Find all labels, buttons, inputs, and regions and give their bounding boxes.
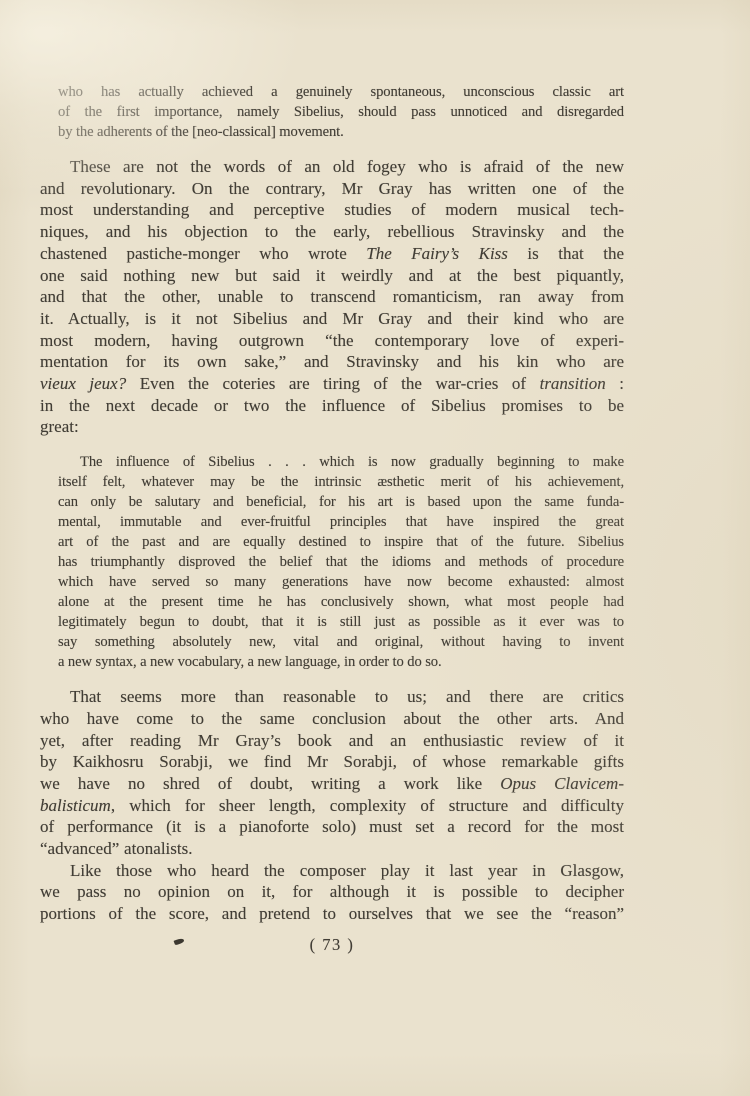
text-line: most understanding and perceptive studie… — [40, 199, 624, 221]
text-line: one said nothing new but said it weirdly… — [40, 265, 624, 287]
text-segment: and revolutionary. On the contrary, Mr G… — [40, 179, 624, 198]
text-segment: , which for sheer length, complexity of … — [111, 796, 624, 815]
paragraph: Like those who heard the composer play i… — [40, 860, 624, 925]
text-line: a new syntax, a new vocabulary, a new la… — [58, 652, 624, 672]
text-line: we pass no opinion on it, for although i… — [40, 881, 624, 903]
text-segment: by the adherents of the [neo-classical] … — [58, 124, 344, 140]
text-line: The influence of Sibelius . . . which is… — [58, 452, 624, 472]
text-segment: and that the other, unable to transcend … — [40, 287, 624, 306]
text-segment: we have no shred of doubt, writing a wor… — [40, 774, 500, 793]
text-segment: one said nothing new but said it weirdly… — [40, 266, 624, 285]
italic-text-segment: transition — [540, 374, 606, 393]
text-line: has triumphantly disproved the belief th… — [58, 552, 624, 572]
italic-text-segment: Opus Clavicem- — [500, 774, 624, 793]
text-line: balisticum, which for sheer length, comp… — [40, 795, 624, 817]
text-line: we have no shred of doubt, writing a wor… — [40, 773, 624, 795]
text-segment: That seems more than reasonable to us; a… — [70, 687, 624, 706]
text-segment: niques, and his objection to the early, … — [40, 222, 624, 241]
text-line: vieux jeux? Even the coteries are tiring… — [40, 373, 624, 395]
text-line: yet, after reading Mr Gray’s book and an… — [40, 730, 624, 752]
text-line: and revolutionary. On the contrary, Mr G… — [40, 178, 624, 200]
text-line: portions of the score, and pretend to ou… — [40, 903, 624, 925]
text-line: by the adherents of the [neo-classical] … — [58, 122, 624, 142]
text-line: can only be salutary and beneficial, for… — [58, 492, 624, 512]
text-segment: of the first importance, namely Sibelius… — [58, 104, 624, 120]
text-line: That seems more than reasonable to us; a… — [40, 686, 624, 708]
text-line: mental, immutable and ever-fruitful prin… — [58, 512, 624, 532]
text-segment: itself felt, whatever may be the intrins… — [58, 474, 624, 490]
text-line: art of the past and are equally destined… — [58, 532, 624, 552]
paragraph: These are not the words of an old fogey … — [40, 156, 624, 438]
scanned-book-page: who has actually achieved a genuinely sp… — [0, 0, 750, 1096]
page-number: ( 73 ) — [40, 934, 624, 955]
text-line: by Kaikhosru Sorabji, we find Mr Sorabji… — [40, 751, 624, 773]
text-segment: alone at the present time he has conclus… — [58, 594, 624, 610]
text-segment: “advanced” atonalists. — [40, 839, 193, 858]
text-segment: is that the — [508, 244, 624, 263]
text-line: “advanced” atonalists. — [40, 838, 624, 860]
text-line: most modern, having outgrown “the contem… — [40, 330, 624, 352]
italic-text-segment: vieux jeux? — [40, 374, 126, 393]
text-segment: These are not the words of an old fogey … — [70, 157, 624, 176]
text-segment: yet, after reading Mr Gray’s book and an… — [40, 731, 624, 750]
text-segment: who has actually achieved a genuinely sp… — [58, 84, 624, 100]
italic-text-segment: balisticum — [40, 796, 111, 815]
text-segment: mentation for its own sake,” and Stravin… — [40, 352, 624, 371]
text-segment: portions of the score, and pretend to ou… — [40, 904, 624, 923]
text-column: who has actually achieved a genuinely sp… — [40, 82, 624, 955]
text-line: it. Actually, is it not Sibelius and Mr … — [40, 308, 624, 330]
text-line: Like those who heard the composer play i… — [40, 860, 624, 882]
text-line: which have served so many generations ha… — [58, 572, 624, 592]
text-segment: most modern, having outgrown “the contem… — [40, 331, 624, 350]
text-segment: great: — [40, 417, 79, 436]
text-line: mentation for its own sake,” and Stravin… — [40, 351, 624, 373]
italic-text-segment: The Fairy’s Kiss — [366, 244, 508, 263]
text-line: of performance (it is a pianoforte solo)… — [40, 816, 624, 838]
text-segment: most understanding and perceptive studie… — [40, 200, 624, 219]
text-line: great: — [40, 416, 624, 438]
text-line: who have come to the same conclusion abo… — [40, 708, 624, 730]
text-segment: Like those who heard the composer play i… — [70, 861, 624, 880]
text-line: niques, and his objection to the early, … — [40, 221, 624, 243]
text-line: and that the other, unable to transcend … — [40, 286, 624, 308]
text-segment: which have served so many generations ha… — [58, 574, 624, 590]
text-segment: : — [606, 374, 624, 393]
text-segment: The influence of Sibelius . . . which is… — [80, 454, 624, 470]
text-segment: by Kaikhosru Sorabji, we find Mr Sorabji… — [40, 752, 624, 771]
text-segment: art of the past and are equally destined… — [58, 534, 624, 550]
text-segment: mental, immutable and ever-fruitful prin… — [58, 514, 624, 530]
text-segment: of performance (it is a pianoforte solo)… — [40, 817, 624, 836]
text-line: who has actually achieved a genuinely sp… — [58, 82, 624, 102]
paragraph: That seems more than reasonable to us; a… — [40, 686, 624, 860]
text-segment: has triumphantly disproved the belief th… — [58, 554, 624, 570]
text-line: say something absolutely new, vital and … — [58, 632, 624, 652]
text-segment: who have come to the same conclusion abo… — [40, 709, 624, 728]
text-segment: can only be salutary and beneficial, for… — [58, 494, 624, 510]
text-segment: we pass no opinion on it, for although i… — [40, 882, 624, 901]
text-line: itself felt, whatever may be the intrins… — [58, 472, 624, 492]
text-segment: it. Actually, is it not Sibelius and Mr … — [40, 309, 624, 328]
block-quote: The influence of Sibelius . . . which is… — [58, 452, 624, 672]
text-segment: in the next decade or two the influence … — [40, 396, 624, 415]
text-line: of the first importance, namely Sibelius… — [58, 102, 624, 122]
text-segment: legitimately begun to doubt, that it is … — [58, 614, 624, 630]
text-segment: Even the coteries are tiring of the war-… — [126, 374, 539, 393]
text-line: legitimately begun to doubt, that it is … — [58, 612, 624, 632]
block-quote: who has actually achieved a genuinely sp… — [58, 82, 624, 142]
text-segment: say something absolutely new, vital and … — [58, 634, 624, 650]
text-line: chastened pastiche-monger who wrote The … — [40, 243, 624, 265]
text-blocks: who has actually achieved a genuinely sp… — [40, 82, 624, 925]
text-segment: a new syntax, a new vocabulary, a new la… — [58, 654, 442, 670]
text-line: These are not the words of an old fogey … — [40, 156, 624, 178]
text-segment: chastened pastiche-monger who wrote — [40, 244, 366, 263]
text-line: in the next decade or two the influence … — [40, 395, 624, 417]
text-line: alone at the present time he has conclus… — [58, 592, 624, 612]
